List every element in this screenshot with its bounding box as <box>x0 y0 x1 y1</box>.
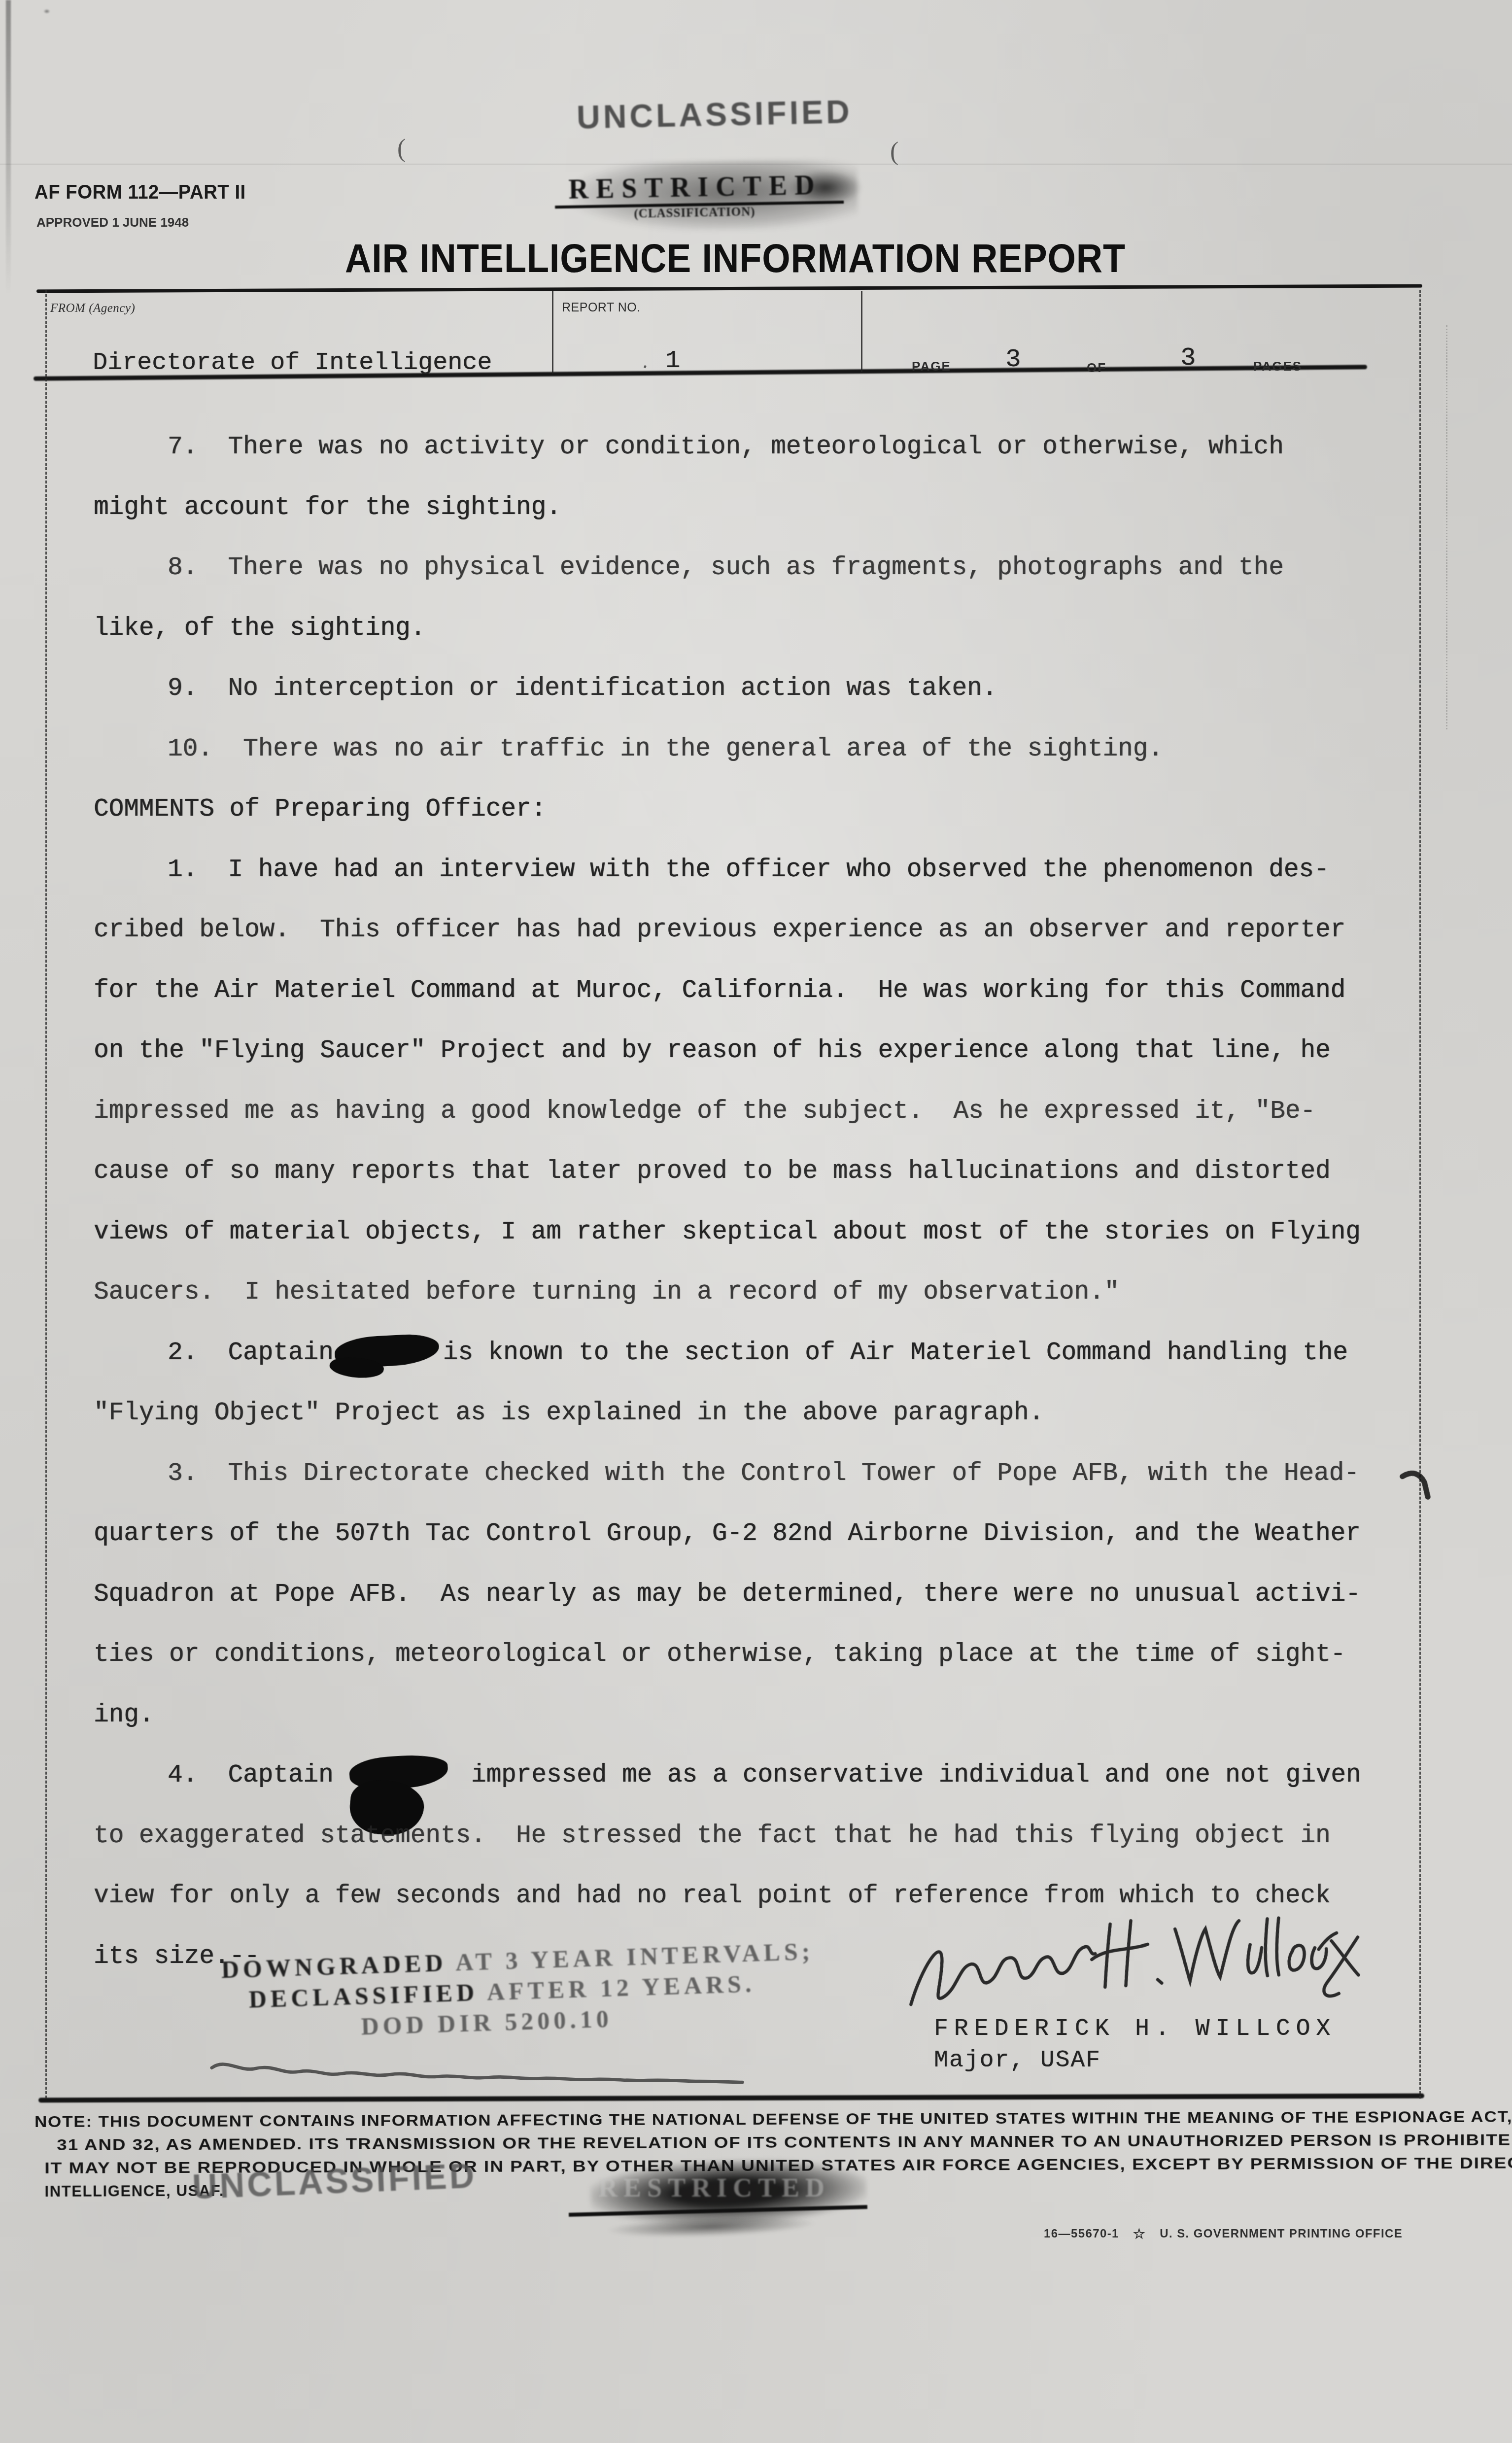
body-text: impressed me as a conservative individua… <box>456 1761 1361 1789</box>
page-label: PAGE <box>912 359 951 374</box>
print-office: U. S. GOVERNMENT PRINTING OFFICE <box>1160 2227 1403 2240</box>
stray-paren-mark: ( <box>397 134 406 163</box>
body-line: 7. There was no activity or condition, m… <box>94 417 1395 478</box>
body-line: impressed me as having a good knowledge … <box>94 1082 1395 1142</box>
redaction-block <box>348 1753 449 1792</box>
body-line: views of material objects, I am rather s… <box>94 1203 1395 1263</box>
body-line: cribed below. This officer has had previ… <box>94 900 1395 961</box>
body-line: 10. There was no air traffic in the gene… <box>94 720 1395 780</box>
form-bottom-rule <box>38 2094 1424 2103</box>
body-line: 1. I have had an interview with the offi… <box>94 840 1395 901</box>
from-agency-value: Directorate of Intelligence <box>93 349 492 377</box>
body-line: quarters of the 507th Tac Control Group,… <box>94 1504 1395 1565</box>
redaction-block <box>334 1333 440 1369</box>
from-agency-label: FROM (Agency) <box>50 302 135 315</box>
body-line: for the Air Materiel Command at Muroc, C… <box>94 961 1395 1022</box>
classification-label: (CLASSIFICATION) <box>634 205 756 221</box>
body-line: on the "Flying Saucer" Project and by re… <box>94 1021 1395 1082</box>
body-line: 4. Captain impressed me as a conservativ… <box>94 1746 1395 1806</box>
body-line: cause of so many reports that later prov… <box>94 1142 1395 1203</box>
header-cell-divider <box>861 291 862 372</box>
pages-total: 3 <box>1180 344 1196 373</box>
form-left-border <box>45 290 47 2099</box>
form-right-border <box>1419 290 1421 2099</box>
page-number: 3 <box>1005 345 1021 374</box>
body-text: 4. Captain <box>168 1761 348 1789</box>
ink-speck <box>43 9 50 14</box>
scan-edge-streak <box>6 0 11 296</box>
unclassified-stamp-top: UNCLASSIFIED <box>576 93 853 136</box>
stray-paren-mark: ( <box>890 137 898 166</box>
scanned-document-page: ( ( UNCLASSIFIED AF FORM 112—PART II APP… <box>0 0 1512 2443</box>
body-line: 2. Captainis known to the section of Air… <box>94 1323 1395 1384</box>
report-body: 7. There was no activity or condition, m… <box>94 417 1395 1987</box>
ghost-border-artifact <box>1446 325 1447 729</box>
body-line: "Flying Object" Project as is explained … <box>94 1383 1395 1444</box>
signer-typed-name: FREDERICK H. WILLCOX <box>934 2016 1336 2042</box>
body-line: 8. There was no physical evidence, such … <box>94 538 1395 599</box>
page-title: AIR INTELLIGENCE INFORMATION REPORT <box>345 236 1126 282</box>
header-cell-divider <box>552 291 553 374</box>
form-top-rule <box>36 284 1422 293</box>
body-line: ing. <box>94 1686 1395 1746</box>
restricted-stamp-text: RESTRICTED <box>568 170 822 206</box>
report-no-value: 1 <box>665 347 680 375</box>
body-text: 2. Captain <box>168 1339 334 1367</box>
body-line: Saucers. I hesitated before turning in a… <box>94 1263 1395 1323</box>
print-code: 16—55670-1 <box>1044 2227 1119 2240</box>
signer-rank: Major, USAF <box>934 2047 1101 2074</box>
body-line: 3. This Directorate checked with the Con… <box>94 1444 1395 1505</box>
body-line: 9. No interception or identification act… <box>94 659 1395 720</box>
restricted-stamp-text: RESTRICTED <box>598 2172 830 2203</box>
body-line: ties or conditions, meteorological or ot… <box>94 1625 1395 1686</box>
form-approved-date: APPROVED 1 JUNE 1948 <box>36 215 189 230</box>
report-no-label: REPORT NO. <box>562 301 641 315</box>
body-line: like, of the sighting. <box>94 599 1395 659</box>
form-number: AF FORM 112—PART II <box>34 181 246 204</box>
scribble-line <box>201 2058 753 2085</box>
body-line: COMMENTS of Preparing Officer: <box>94 780 1395 840</box>
printing-office-line: 16—55670-1☆U. S. GOVERNMENT PRINTING OFF… <box>1044 2225 1403 2241</box>
pages-label: PAGES <box>1253 359 1302 374</box>
of-label: OF <box>1087 360 1106 376</box>
body-line: to exaggerated statements. He stressed t… <box>94 1806 1395 1867</box>
body-line: might account for the sighting. <box>94 478 1395 539</box>
star-icon: ☆ <box>1133 2226 1146 2242</box>
body-text: is known to the section of Air Materiel … <box>443 1339 1348 1367</box>
ink-checkmark-icon <box>1394 1461 1443 1515</box>
body-line: Squadron at Pope AFB. As nearly as may b… <box>94 1565 1395 1625</box>
restricted-stamp-top: RESTRICTED (CLASSIFICATION) <box>556 166 853 235</box>
downgrade-stamp-line: DOD DIR 5200.10 <box>361 2004 613 2041</box>
restricted-stamp-bottom: RESTRICTED <box>577 2157 892 2250</box>
